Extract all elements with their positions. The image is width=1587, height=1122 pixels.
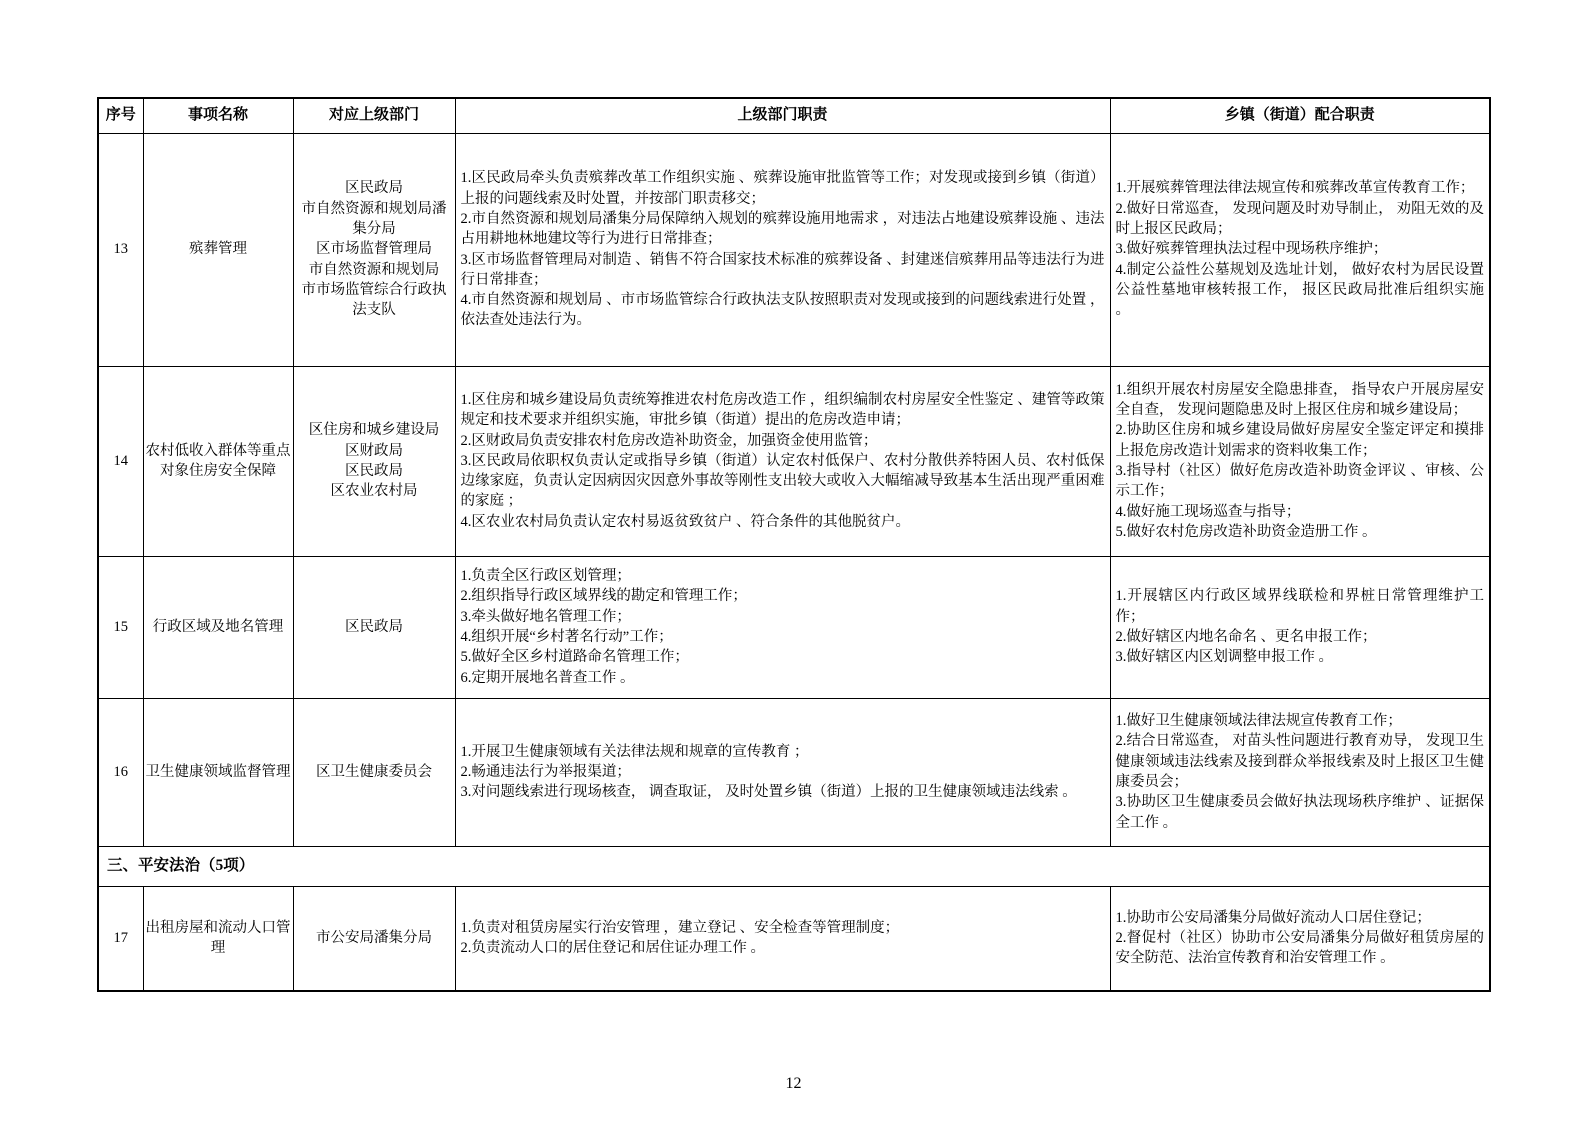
table-row: 16 卫生健康领域监督管理 区卫生健康委员会 1.开展卫生健康领域有关法律法规和… xyxy=(98,698,1490,846)
cell-town-duty: 1.开展殡葬管理法律法规宣传和殡葬改革宣传教育工作； 2.做好日常巡查， 发现问… xyxy=(1110,133,1490,366)
cell-superior-duty: 1.负责对租赁房屋实行治安管理 ，建立登记 、安全检查等管理制度； 2.负责流动… xyxy=(455,886,1110,991)
cell-no: 16 xyxy=(98,698,143,846)
cell-town-duty: 1.组织开展农村房屋安全隐患排查， 指导农户开展房屋安全自查， 发现问题隐患及时… xyxy=(1110,366,1490,556)
cell-item-name: 殡葬管理 xyxy=(143,133,293,366)
section-label: 三、平安法治（5项） xyxy=(98,846,1490,886)
cell-town-duty: 1.做好卫生健康领域法律法规宣传教育工作； 2.结合日常巡查， 对苗头性问题进行… xyxy=(1110,698,1490,846)
cell-department: 区民政局 xyxy=(293,556,455,698)
cell-item-name: 行政区域及地名管理 xyxy=(143,556,293,698)
section-header-row: 三、平安法治（5项） xyxy=(98,846,1490,886)
cell-superior-duty: 1.负责全区行政区划管理； 2.组织指导行政区域界线的勘定和管理工作； 3.牵头… xyxy=(455,556,1110,698)
table-row: 17 出租房屋和流动人口管理 市公安局潘集分局 1.负责对租赁房屋实行治安管理 … xyxy=(98,886,1490,991)
header-no: 序号 xyxy=(98,98,143,133)
cell-superior-duty: 1.区民政局牵头负责殡葬改革工作组织实施 、殡葬设施审批监管等工作；对发现或接到… xyxy=(455,133,1110,366)
cell-no: 17 xyxy=(98,886,143,991)
page-number: 12 xyxy=(0,1075,1587,1093)
header-department: 对应上级部门 xyxy=(293,98,455,133)
cell-item-name: 卫生健康领域监督管理 xyxy=(143,698,293,846)
table-row: 13 殡葬管理 区民政局 市自然资源和规划局潘集分局 区市场监督管理局 市自然资… xyxy=(98,133,1490,366)
table-row: 14 农村低收入群体等重点对象住房安全保障 区住房和城乡建设局 区财政局 区民政… xyxy=(98,366,1490,556)
cell-department: 区卫生健康委员会 xyxy=(293,698,455,846)
cell-no: 15 xyxy=(98,556,143,698)
document-page: 序号 事项名称 对应上级部门 上级部门职责 乡镇（街道）配合职责 13 殡葬管理… xyxy=(97,97,1489,992)
cell-town-duty: 1.协助市公安局潘集分局做好流动人口居住登记； 2.督促村（社区）协助市公安局潘… xyxy=(1110,886,1490,991)
cell-town-duty: 1.开展辖区内行政区域界线联检和界桩日常管理维护工作； 2.做好辖区内地名命名 … xyxy=(1110,556,1490,698)
cell-superior-duty: 1.区住房和城乡建设局负责统筹推进农村危房改造工作 ，组织编制农村房屋安全性鉴定… xyxy=(455,366,1110,556)
table-header-row: 序号 事项名称 对应上级部门 上级部门职责 乡镇（街道）配合职责 xyxy=(98,98,1490,133)
cell-department: 区民政局 市自然资源和规划局潘集分局 区市场监督管理局 市自然资源和规划局 市市… xyxy=(293,133,455,366)
responsibility-table: 序号 事项名称 对应上级部门 上级部门职责 乡镇（街道）配合职责 13 殡葬管理… xyxy=(97,97,1491,992)
header-superior-duty: 上级部门职责 xyxy=(455,98,1110,133)
table-row: 15 行政区域及地名管理 区民政局 1.负责全区行政区划管理； 2.组织指导行政… xyxy=(98,556,1490,698)
cell-department: 区住房和城乡建设局 区财政局 区民政局 区农业农村局 xyxy=(293,366,455,556)
cell-item-name: 农村低收入群体等重点对象住房安全保障 xyxy=(143,366,293,556)
header-town-duty: 乡镇（街道）配合职责 xyxy=(1110,98,1490,133)
cell-superior-duty: 1.开展卫生健康领域有关法律法规和规章的宣传教育 ； 2.畅通违法行为举报渠道；… xyxy=(455,698,1110,846)
cell-no: 14 xyxy=(98,366,143,556)
cell-item-name: 出租房屋和流动人口管理 xyxy=(143,886,293,991)
cell-department: 市公安局潘集分局 xyxy=(293,886,455,991)
cell-no: 13 xyxy=(98,133,143,366)
header-item-name: 事项名称 xyxy=(143,98,293,133)
